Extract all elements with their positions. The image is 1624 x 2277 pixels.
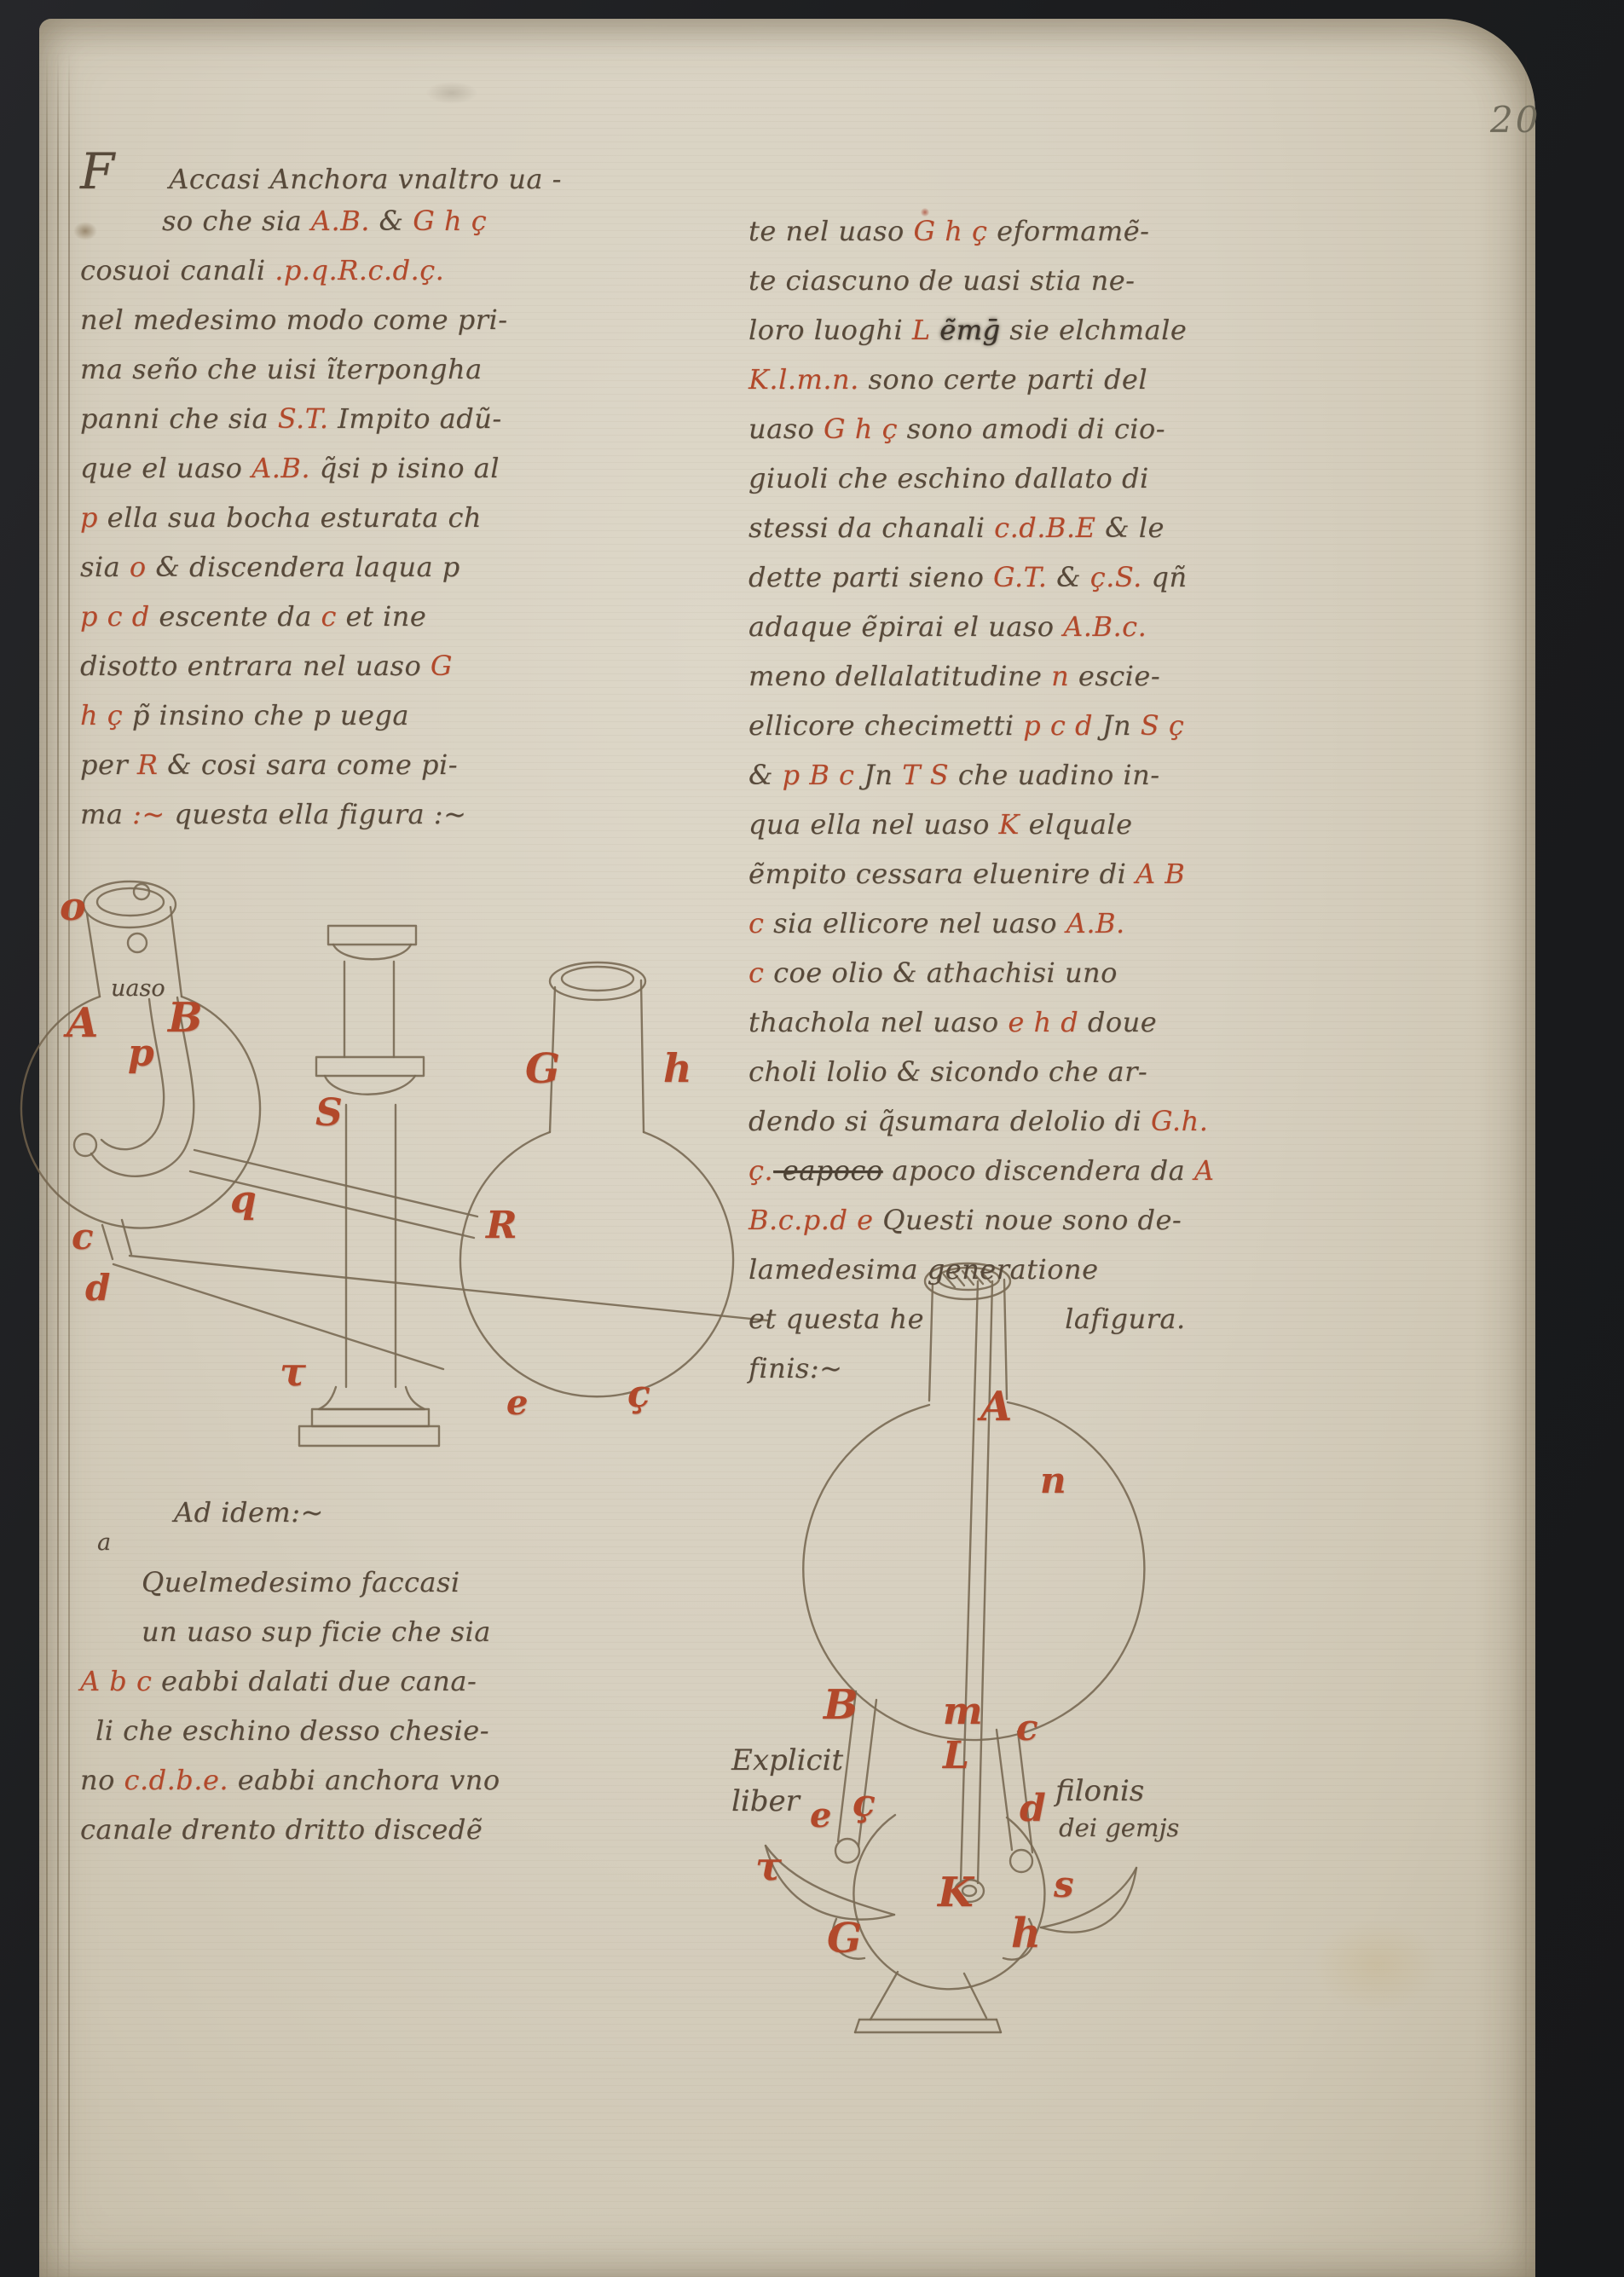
text-segment: eapoco [773,1154,883,1187]
rubric-letters: e h d [1008,1006,1078,1038]
manuscript-photo: 20 [0,0,1624,2277]
rubric-letters: G h ç [413,205,487,237]
text-line: disotto entrara nel uaso G [80,641,455,691]
text-line: ç. eapoco apoco discendera da A [748,1146,1192,1195]
text-line: per R & cosi sara come pi- [80,740,455,789]
text-segment: q̃si p isino al [310,452,500,484]
text-segment: qua ella nel uaso [748,808,999,841]
text-line: cosuoi canali .p.q.R.c.d.ç. [80,246,455,295]
text-segment: eabbi dalati due cana- [152,1665,477,1697]
text-segment: uaso [748,413,824,445]
rubric-letters: K.l.m.n. [748,363,859,396]
rubric-letters: c.d.B.E [994,511,1095,544]
text-segment: cosuoi canali [80,254,275,286]
text-segment: so che sia [162,205,311,237]
rubric-letters: c.d.b.e. [124,1764,229,1796]
text-line: te ciascuno de uasi stia ne- [748,256,1192,305]
text-segment: p̃ insino che p uega [123,699,409,731]
text-segment: no [80,1764,124,1796]
text-line: ellicore checimetti p c d Jn S ç [748,701,1192,750]
text-line: panni che sia S.T. Impito adũ- [80,394,455,443]
rubric-letters: T S [902,759,949,791]
rubric-letters: c [321,600,336,633]
text-line: p ella sua bocha esturata ch [80,493,455,542]
rubric-letters: ç.S. [1090,561,1142,593]
text-segment: Accasi Anchora vnaltro ua - [169,163,562,195]
rubric-letters: S ç [1141,709,1185,742]
text-segment: & le [1095,511,1165,544]
text-line: sia o & discendera laqua p [80,542,455,592]
rubric-letters: A.B. [311,205,370,237]
rubric-letters: A.B. [1066,907,1125,939]
rubric-letters: B.c.p.d e [748,1204,874,1236]
text-line: stessi da chanali c.d.B.E & le [748,503,1192,552]
text-line: ẽmpito cessara eluenire di A B [748,849,1192,899]
text-segment: F [80,142,119,200]
rubric-letters: :~ [132,798,165,830]
text-segment: ellicore checimetti [748,709,1023,742]
text-line: finis:~ [748,1344,1192,1393]
text-segment: nel medesimo modo come pri- [80,303,508,336]
text-segment: te ciascuno de uasi stia ne- [748,264,1135,297]
text-segment: finis:~ [748,1352,842,1384]
text-segment: que el uaso [80,452,251,484]
text-line: li che eschino desso chesie- [80,1706,481,1755]
text-segment: ma [80,798,132,830]
text-segment: Quelmedesimo faccasi [142,1566,460,1598]
text-line: no c.d.b.e. eabbi anchora vno [80,1755,481,1805]
text-segment: canale drento dritto discedẽ [80,1813,483,1846]
ad-idem-section: Ad idem:~Quelmedesimo faccasiun uaso sup… [80,1488,481,1854]
text-line: Quelmedesimo faccasi [80,1557,481,1607]
text-line: loro luoghi L ẽmḡ sie elchmale [748,305,1192,355]
text-segment: Ad idem:~ [174,1496,324,1529]
rubric-letters: A B [1136,858,1185,890]
left-diagram-drawing [21,881,768,1446]
text-line: giuoli che eschino dallato di [748,454,1192,503]
text-line: nel medesimo modo come pri- [80,295,455,344]
rubric-letters: R [137,748,159,781]
text-segment: per [80,748,137,781]
text-segment: & cosi sara come pi- [158,748,458,781]
text-segment: et questa he [748,1303,924,1335]
text-line: que el uaso A.B. q̃si p isino al [80,443,455,493]
rubric-letters: ç. [748,1154,773,1187]
text-segment: che uadino in- [949,759,1159,791]
text-segment: apoco discendera da [883,1154,1194,1187]
text-segment: Jn [1093,709,1141,742]
text-segment: li che eschino desso chesie- [95,1714,489,1747]
text-segment: & [370,205,413,237]
rubric-letters: o [130,551,147,583]
rubric-letters: G h ç [824,413,898,445]
rubric-letters: A.B.c. [1063,610,1147,643]
text-line: & p B c Jn T S che uadino in- [748,750,1192,800]
text-segment: lafigura. [1065,1303,1186,1335]
rubric-letters: p c d [1023,709,1093,742]
rubric-letters: A b c [80,1665,152,1697]
text-line: so che sia A.B. & G h ç [80,196,455,246]
rubric-letters: S.T. [278,402,329,435]
rubric-letters: G.h. [1151,1105,1208,1137]
text-segment: loro luoghi [748,314,912,346]
text-line: Ad idem:~ [80,1488,481,1537]
text-segment: sia [80,551,130,583]
text-segment: sono certe parti del [859,363,1147,396]
right-text-column: te nel uaso G h ç eformamẽ-te ciascuno d… [748,206,1192,1393]
text-line: ma seño che uisi ĩterpongha [80,344,455,394]
text-line: FAccasi Anchora vnaltro ua - [80,147,455,196]
rubric-letters: p B c [783,759,855,791]
text-segment: giuoli che eschino dallato di [748,462,1149,494]
rubric-letters: L [912,314,939,346]
text-segment: dendo si q̃sumara delolio di [748,1105,1151,1137]
rubric-letters: h ç [80,699,123,731]
text-line: uaso G h ç sono amodi di cio- [748,404,1192,454]
rubric-letters: K [999,808,1020,841]
text-segment: sia ellicore nel uaso [764,907,1066,939]
text-line: choli lolio & sicondo che ar- [748,1047,1192,1096]
text-segment: Impito adũ- [329,402,502,435]
text-segment: questa ella figura :~ [165,798,467,830]
text-segment: stessi da chanali [748,511,994,544]
text-line: thachola nel uaso e h d doue [748,997,1192,1047]
rubric-letters: c [748,907,764,939]
rubric-letters: A [1194,1154,1215,1187]
text-segment: lamedesima generatione [748,1253,1099,1286]
text-segment: un uaso sup ficie che sia [142,1615,491,1648]
text-segment: choli lolio & sicondo che ar- [748,1055,1147,1088]
text-segment: te nel uaso [748,215,913,247]
rubric-letters: p c d [80,600,150,633]
rubric-letters: n [1051,660,1069,692]
text-line: canale drento dritto discedẽ [80,1805,481,1854]
text-line: dendo si q̃sumara delolio di G.h. [748,1096,1192,1146]
text-line: lamedesima generatione [748,1245,1192,1294]
text-segment: Questi noue sono de- [874,1204,1182,1236]
rubric-letters: .p.q.R.c.d.ç. [275,254,444,286]
text-line: un uaso sup ficie che sia [80,1607,481,1656]
text-segment: & discendera laqua p [147,551,460,583]
text-line: te nel uaso G h ç eformamẽ- [748,206,1192,256]
rubric-letters: A.B. [251,452,310,484]
text-segment: dette parti sieno [748,561,993,593]
text-segment: eabbi anchora vno [228,1764,500,1796]
text-segment: meno dellalatitudine [748,660,1051,692]
rubric-letters: p [80,501,98,534]
left-text-column: FAccasi Anchora vnaltro ua -so che sia A… [80,147,455,839]
text-segment: escie- [1069,660,1160,692]
text-line: et questa helafigura. [748,1294,1192,1344]
text-segment: elquale [1020,808,1133,841]
text-line: B.c.p.d e Questi noue sono de- [748,1195,1192,1245]
text-segment: & [748,759,783,791]
text-line: A b c eabbi dalati due cana- [80,1656,481,1706]
text-segment: ẽmpito cessara eluenire di [748,858,1136,890]
rubric-letters: G [431,650,453,682]
text-line: meno dellalatitudine n escie- [748,651,1192,701]
text-line: dette parti sieno G.T. & ç.S. qñ [748,552,1192,602]
text-segment: Jn [854,759,902,791]
rubric-letters: c [748,956,764,989]
text-segment: escente da [150,600,321,633]
text-segment: ella sua bocha esturata ch [98,501,482,534]
text-segment: qñ [1142,561,1188,593]
text-segment: doue [1078,1006,1157,1038]
text-line: K.l.m.n. sono certe parti del [748,355,1192,404]
text-segment: et ine [337,600,426,633]
text-segment: & [1047,561,1089,593]
text-segment: sie elchmale [1001,314,1188,346]
text-segment: coe olio & athachisi uno [764,956,1118,989]
text-line: c coe olio & athachisi uno [748,948,1192,997]
text-segment: disotto entrara nel uaso [80,650,431,682]
text-segment: panni che sia [80,402,278,435]
text-line: adaque ẽpirai el uaso A.B.c. [748,602,1192,651]
text-line: c sia ellicore nel uaso A.B. [748,899,1192,948]
text-segment: sono amodi di cio- [898,413,1165,445]
text-line: qua ella nel uaso K elquale [748,800,1192,849]
rubric-letters: G h ç [913,215,987,247]
text-segment: ẽmḡ [939,314,1000,346]
text-segment: adaque ẽpirai el uaso [748,610,1063,643]
text-segment: eformamẽ- [987,215,1149,247]
text-line: p c d escente da c et ine [80,592,455,641]
text-segment: thachola nel uaso [748,1006,1008,1038]
text-line: h ç p̃ insino che p uega [80,691,455,740]
text-segment: ma seño che uisi ĩterpongha [80,353,483,385]
text-line: ma :~ questa ella figura :~ [80,789,455,839]
rubric-letters: G.T. [993,561,1047,593]
